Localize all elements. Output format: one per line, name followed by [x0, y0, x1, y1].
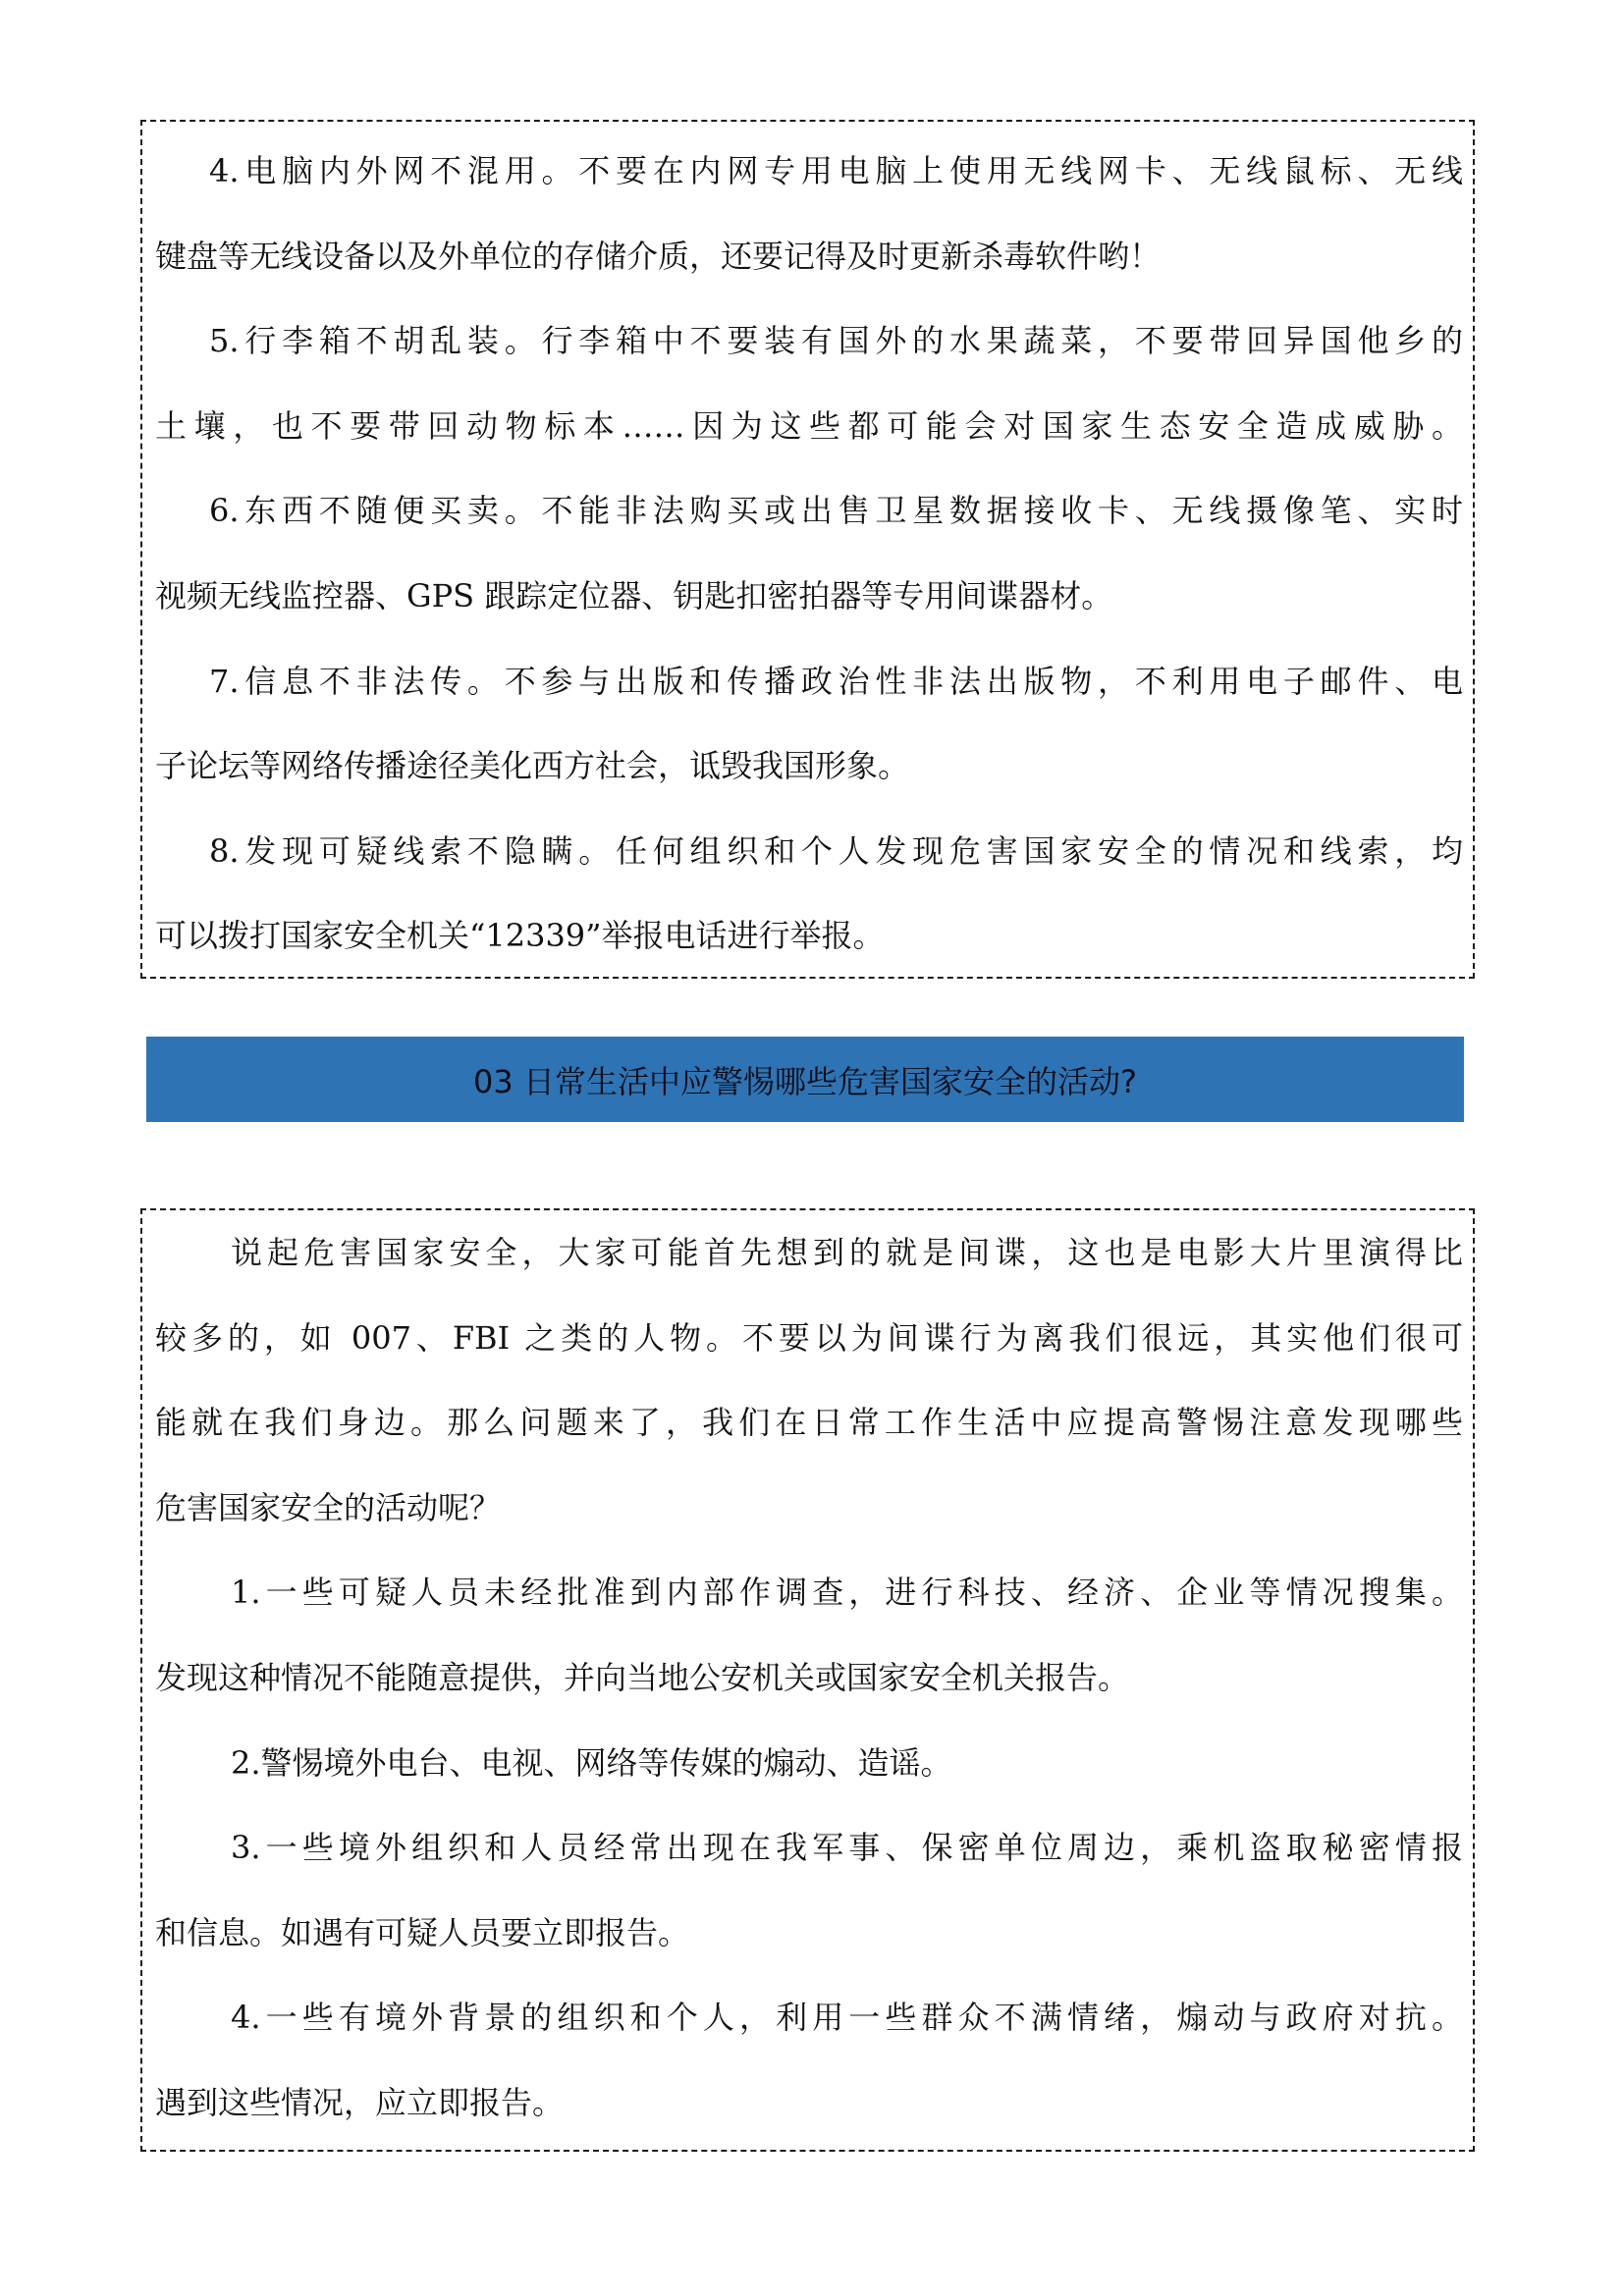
paragraph-tip-8: 8.发现可疑线索不隐瞒。任何组织和个人发现危害国家安全的情况和线索，均 可以拨打…	[155, 809, 1463, 979]
activities-text: 说起危害国家安全，大家可能首先想到的就是间谍，这也是电影大片里演得比 较多的，如…	[155, 1210, 1463, 2146]
tips-text: 4.电脑内外网不混用。不要在内网专用电脑上使用无线网卡、无线鼠标、无线 键盘等无…	[155, 129, 1463, 979]
text-line: 可以拨打国家安全机关“12339”举报电话进行举报。	[155, 893, 1463, 979]
paragraph-activity-2: 2.警惕境外电台、电视、网络等传媒的煽动、造谣。	[155, 1721, 1463, 1806]
paragraph-tip-7: 7.信息不非法传。不参与出版和传播政治性非法出版物，不利用电子邮件、电 子论坛等…	[155, 639, 1463, 809]
paragraph-activity-3: 3.一些境外组织和人员经常出现在我军事、保密单位周边，乘机盗取秘密情报 和信息。…	[155, 1805, 1463, 1975]
paragraph-activity-1: 1.一些可疑人员未经批准到内部作调查，进行科技、经济、企业等情况搜集。 发现这种…	[155, 1550, 1463, 1720]
text-line: 3.一些境外组织和人员经常出现在我军事、保密单位周边，乘机盗取秘密情报	[155, 1805, 1463, 1891]
section-header-banner: 03 日常生活中应警惕哪些危害国家安全的活动?	[146, 1037, 1464, 1122]
text-line: 危害国家安全的活动呢？	[155, 1466, 1463, 1551]
paragraph-tip-4: 4.电脑内外网不混用。不要在内网专用电脑上使用无线网卡、无线鼠标、无线 键盘等无…	[155, 129, 1463, 298]
text-line: 和信息。如遇有可疑人员要立即报告。	[155, 1891, 1463, 1976]
text-line: 键盘等无线设备以及外单位的存储介质，还要记得及时更新杀毒软件哟！	[155, 214, 1463, 299]
text-line: 6.东西不随便买卖。不能非法购买或出售卫星数据接收卡、无线摄像笔、实时	[155, 468, 1463, 554]
text-line: 子论坛等网络传播途径美化西方社会，诋毁我国形象。	[155, 723, 1463, 809]
paragraph-intro: 说起危害国家安全，大家可能首先想到的就是间谍，这也是电影大片里演得比 较多的，如…	[155, 1210, 1463, 1550]
text-line: 能就在我们身边。那么问题来了，我们在日常工作生活中应提高警惕注意发现哪些	[155, 1380, 1463, 1466]
text-line: 1.一些可疑人员未经批准到内部作调查，进行科技、经济、企业等情况搜集。	[155, 1550, 1463, 1635]
text-line: 发现这种情况不能随意提供，并向当地公安机关或国家安全机关报告。	[155, 1635, 1463, 1721]
paragraph-tip-6: 6.东西不随便买卖。不能非法购买或出售卫星数据接收卡、无线摄像笔、实时 视频无线…	[155, 468, 1463, 638]
section-header-title: 03 日常生活中应警惕哪些危害国家安全的活动?	[473, 1057, 1137, 1102]
text-line: 4.一些有境外背景的组织和个人，利用一些群众不满情绪，煽动与政府对抗。	[155, 1975, 1463, 2060]
text-line: 较多的，如 007、FBI 之类的人物。不要以为间谍行为离我们很远，其实他们很可	[155, 1296, 1463, 1381]
text-line: 视频无线监控器、GPS 跟踪定位器、钥匙扣密拍器等专用间谍器材。	[155, 554, 1463, 639]
paragraph-activity-4: 4.一些有境外背景的组织和个人，利用一些群众不满情绪，煽动与政府对抗。 遇到这些…	[155, 1975, 1463, 2145]
tips-box: 4.电脑内外网不混用。不要在内网专用电脑上使用无线网卡、无线鼠标、无线 键盘等无…	[140, 120, 1475, 979]
text-line: 说起危害国家安全，大家可能首先想到的就是间谍，这也是电影大片里演得比	[155, 1210, 1463, 1296]
text-line: 遇到这些情况，应立即报告。	[155, 2060, 1463, 2146]
text-line: 4.电脑内外网不混用。不要在内网专用电脑上使用无线网卡、无线鼠标、无线	[155, 129, 1463, 214]
paragraph-tip-5: 5.行李箱不胡乱装。行李箱中不要装有国外的水果蔬菜，不要带回异国他乡的 土壤，也…	[155, 298, 1463, 468]
text-line: 2.警惕境外电台、电视、网络等传媒的煽动、造谣。	[155, 1721, 1463, 1806]
text-line: 土壤，也不要带回动物标本……因为这些都可能会对国家生态安全造成威胁。	[155, 384, 1463, 469]
text-line: 5.行李箱不胡乱装。行李箱中不要装有国外的水果蔬菜，不要带回异国他乡的	[155, 298, 1463, 384]
text-line: 7.信息不非法传。不参与出版和传播政治性非法出版物，不利用电子邮件、电	[155, 639, 1463, 724]
text-line: 8.发现可疑线索不隐瞒。任何组织和个人发现危害国家安全的情况和线索，均	[155, 809, 1463, 894]
activities-box: 说起危害国家安全，大家可能首先想到的就是间谍，这也是电影大片里演得比 较多的，如…	[140, 1208, 1475, 2152]
